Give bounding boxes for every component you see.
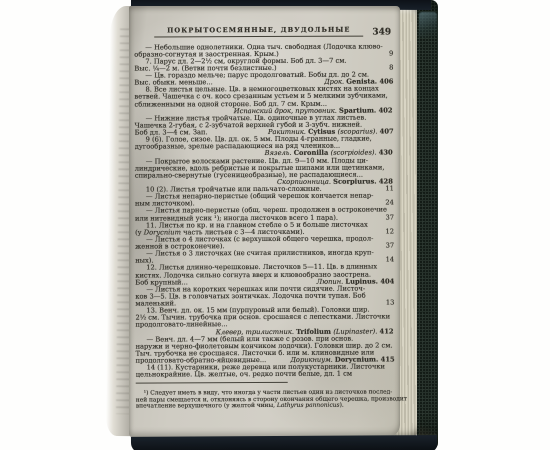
- text-line: цельнокрайние. Цв. желтые, оч. редко поч…: [136, 371, 395, 379]
- text-segment: 37: [385, 213, 394, 221]
- text-segment: Lathyrus pannonicus: [277, 403, 340, 409]
- page-header: ПОКРЫТОСЕМЯННЫЕ, ДВУДОЛЬНЫЕ 349: [154, 25, 391, 37]
- text-segment: 37: [386, 242, 395, 250]
- text-segment: 407: [380, 128, 394, 136]
- text-segment: 14: [386, 256, 395, 264]
- bottom-edge-shadow: [131, 435, 437, 450]
- book-photo: ПОКРЫТОСЕМЯННЫЕ, ДВУДОЛЬНЫЕ 349 — Неболь…: [0, 0, 550, 450]
- body-text: — Небольшие однолетники. Одна тыч. свобо…: [134, 43, 394, 379]
- text-line: впечатление верхушечного (у желтой чины,…: [136, 403, 395, 411]
- text-segment: цельнокрайние. Цв. желтые, оч. редко поч…: [136, 370, 352, 379]
- text-segment: 430: [379, 149, 393, 157]
- text-segment: 13: [386, 299, 395, 307]
- text-segment: 9: [389, 49, 393, 57]
- text-segment: (у: [135, 228, 144, 236]
- page-number: 349: [363, 28, 391, 36]
- text-segment: 12: [386, 227, 395, 235]
- text-segment: впечатление верхушечного (у желтой чины,: [136, 403, 277, 410]
- text-segment: 8: [389, 63, 393, 71]
- book-cover-edge: [417, 0, 438, 450]
- text-segment: продолговато-линейные...: [135, 321, 227, 329]
- book-page: ПОКРЫТОСЕМЯННЫЕ, ДВУДОЛЬНЫЕ 349 — Неболь…: [129, 6, 400, 437]
- text-segment: ).: [340, 403, 344, 409]
- text-segment: 412: [380, 327, 394, 335]
- page-text: ПОКРЫТОСЕМЯННЫЕ, ДВУДОЛЬНЫЕ 349 — Неболь…: [134, 25, 395, 410]
- text-segment: 11: [385, 185, 394, 193]
- page-header-title: ПОКРЫТОСЕМЯННЫЕ, ДВУДОЛЬНЫЕ: [154, 26, 363, 38]
- cover-corner-sheen: [419, 12, 437, 38]
- footnote: ¹) Следует иметь в виду, что иногда у ча…: [136, 390, 395, 411]
- footnote-rule: [136, 382, 288, 384]
